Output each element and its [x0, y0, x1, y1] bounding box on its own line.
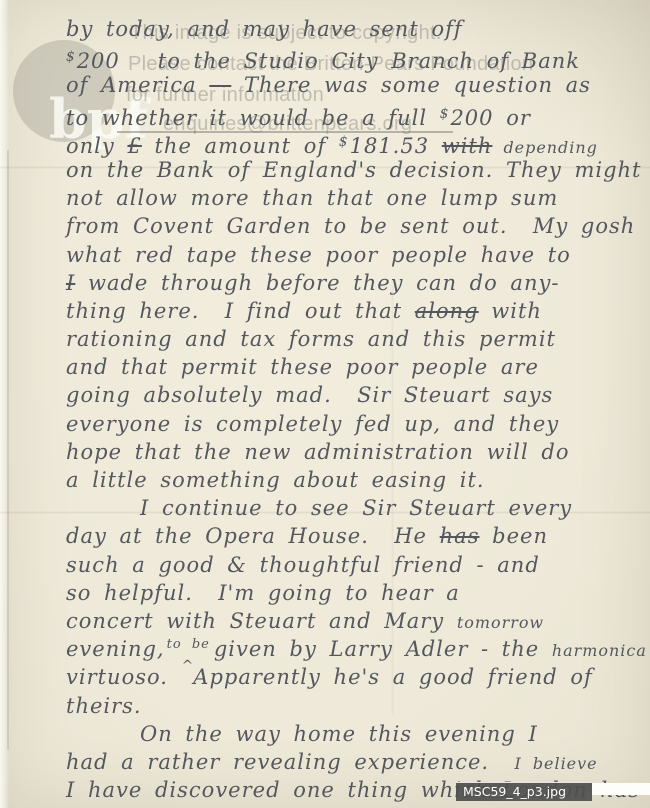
- crossed-out-text: £: [127, 134, 141, 158]
- inserted-text: to be: [167, 631, 210, 659]
- letter-text: 200 or: [450, 105, 530, 129]
- letter-line: theirs.: [66, 692, 650, 720]
- letter-line: to whether it would be a full $200 or: [66, 100, 650, 128]
- letter-text: what red tape these poor people have to: [66, 243, 571, 267]
- letter-text: $: [66, 49, 76, 65]
- letter-text: concert with Steuart and Mary: [66, 609, 457, 633]
- letter-text: theirs.: [66, 694, 142, 718]
- letter-line: thing here. I find out that along with: [66, 297, 650, 325]
- letter-text: and that permit these poor people are: [66, 355, 539, 379]
- letter-text: a little something about easing it.: [66, 468, 485, 492]
- letter-line: concert with Steuart and Mary tomorrow: [66, 607, 650, 635]
- letter-line: day at the Opera House. He has been: [66, 522, 650, 550]
- letter-line: hope that the new administration will do: [66, 438, 650, 466]
- letter-line: only £ the amount of $181.53 with depend…: [66, 128, 650, 156]
- letter-text: of America: [66, 73, 209, 97]
- letter-text: only: [66, 134, 127, 158]
- letter-line: so helpful. I'm going to hear a: [66, 579, 650, 607]
- letter-line: I wade through before they can do any-: [66, 269, 650, 297]
- letter-text: everyone is completely fed up, and they: [66, 412, 559, 436]
- letter-line: $200 to the Studio City Branch of Bank: [66, 43, 650, 71]
- letter-text: so helpful. I'm going to hear a: [66, 581, 460, 605]
- letter-text: on the Bank of England's decision. They …: [66, 158, 642, 182]
- letter-text: harmonica: [552, 641, 647, 660]
- letter-line: on the Bank of England's decision. They …: [66, 156, 650, 184]
- crossed-out-text: has: [440, 524, 480, 548]
- letter-line: not allow more than that one lump sum: [66, 184, 650, 212]
- letter-text: 200 to the Studio City Branch of Bank: [77, 49, 580, 73]
- letter-line: had a rather revealing experience. I bel…: [66, 748, 650, 776]
- letter-text: had a rather revealing experience.: [66, 750, 514, 774]
- letter-text: not allow more than that one lump sum: [66, 186, 558, 210]
- letter-text: with: [479, 299, 542, 323]
- letter-text: given by Larry Adler - the: [214, 637, 552, 661]
- letter-line: by today, and may have sent off: [66, 15, 650, 43]
- letter-text: $: [440, 106, 450, 122]
- letter-text: rationing and tax forms and this permit: [66, 327, 556, 351]
- letter-line: rationing and tax forms and this permit: [66, 325, 650, 353]
- letter-line: from Covent Garden to be sent out. My go…: [66, 212, 650, 240]
- letter-text: thing here. I find out that: [66, 299, 415, 323]
- letter-line: virtuoso. Apparently he's a good friend …: [66, 663, 650, 691]
- letter-text: day at the Opera House. He: [66, 524, 440, 548]
- letter-text: to whether it would be a full: [66, 105, 440, 129]
- filename-label: MSC59_4_p3.jpg: [456, 782, 592, 801]
- letter-line: of America — There was some question as: [66, 71, 650, 99]
- letter-text: I continue to see Sir Steuart every: [140, 496, 572, 520]
- filename-text: MSC59_4_p3.jpg: [463, 784, 566, 799]
- letter-text: from Covent Garden to be sent out. My go…: [66, 214, 635, 238]
- letter-text: such a good & thoughtful friend - and: [66, 553, 540, 577]
- letter-text: virtuoso. Apparently he's a good friend …: [66, 665, 593, 689]
- letter-text: evening,: [66, 637, 165, 661]
- letter-line: I continue to see Sir Steuart every: [140, 494, 650, 522]
- letter-text: On the way home this evening I: [140, 722, 538, 746]
- scan-artifact-strip: [592, 783, 650, 795]
- letter-text: been: [479, 524, 548, 548]
- crossed-out-text: I: [66, 271, 75, 295]
- letter-text: depending: [492, 138, 597, 157]
- letter-text: going absolutely mad. Sir Steuart says: [66, 383, 553, 407]
- letter-text: $: [339, 134, 349, 150]
- letter-line: such a good & thoughtful friend - and: [66, 551, 650, 579]
- letter-text: I believe: [514, 754, 597, 773]
- letter-line: what red tape these poor people have to: [66, 241, 650, 269]
- letter-text: hope that the new administration will do: [66, 440, 569, 464]
- letter-line: and that permit these poor people are: [66, 353, 650, 381]
- letter-line: going absolutely mad. Sir Steuart says: [66, 381, 650, 409]
- letter-text: There was some question as: [231, 73, 591, 97]
- paper-edge-shadow: [7, 150, 9, 750]
- letter-line: a little something about easing it.: [66, 466, 650, 494]
- letter-body: by today, and may have sent off$200 to t…: [66, 15, 650, 804]
- letter-text: wade through before they can do any-: [75, 271, 559, 295]
- letter-text: 181.53: [350, 134, 442, 158]
- crossed-out-text: with: [442, 134, 493, 158]
- letter-text: tomorrow: [457, 613, 544, 632]
- letter-line: On the way home this evening I: [140, 720, 650, 748]
- crossed-out-text: —: [209, 73, 231, 97]
- letter-line: everyone is completely fed up, and they: [66, 410, 650, 438]
- letter-text: the amount of: [142, 134, 339, 158]
- scanned-letter-page: bpf This image is subject to copyright. …: [0, 0, 650, 808]
- crossed-out-text: along: [415, 299, 479, 323]
- letter-text: by today, and may have sent off: [66, 17, 463, 41]
- letter-line: evening,to begiven by Larry Adler - the …: [66, 635, 650, 663]
